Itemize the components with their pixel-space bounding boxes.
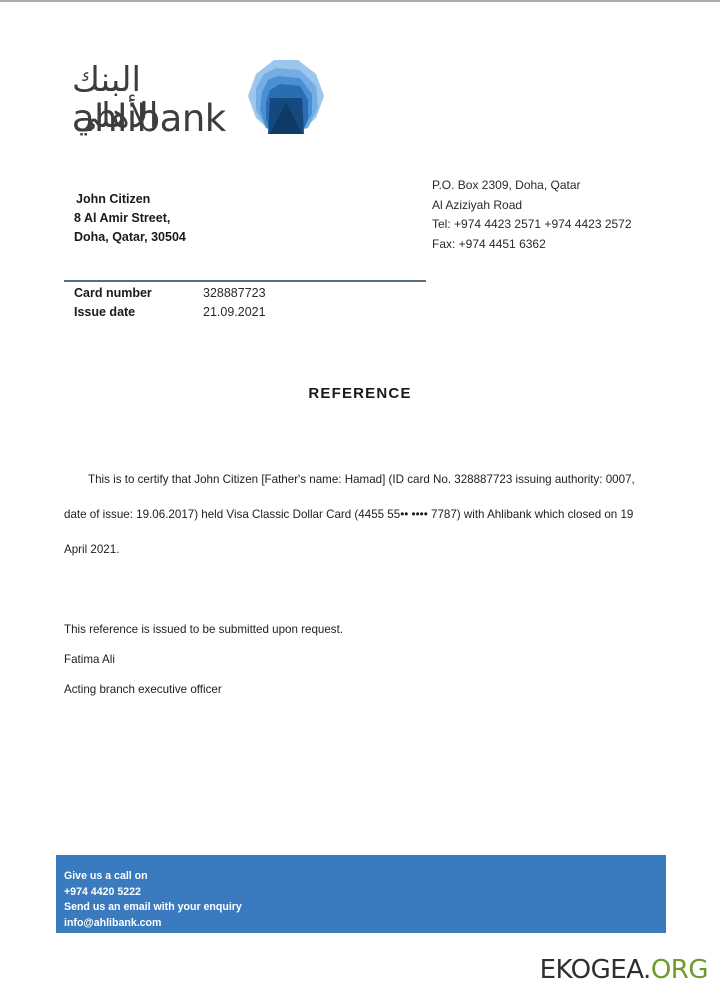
logo-latin-name: ahlibank — [72, 100, 226, 138]
footer-call-label: Give us a call on — [64, 869, 666, 885]
bank-contact-info: P.O. Box 2309, Doha, Qatar Al Aziziyah R… — [432, 176, 632, 254]
section-divider — [64, 280, 426, 282]
recipient-city: Doha, Qatar, 30504 — [74, 228, 186, 247]
footer-email[interactable]: info@ahlibank.com — [64, 916, 666, 932]
watermark-accent: ORG — [651, 955, 708, 985]
body-line: This is to certify that John Citizen [Fa… — [64, 462, 664, 497]
closing-section: This reference is issued to be submitted… — [64, 615, 343, 705]
card-number-label: Card number — [74, 284, 203, 303]
contact-footer: Give us a call on +974 4420 5222 Send us… — [56, 855, 666, 933]
closing-statement: This reference is issued to be submitted… — [64, 615, 343, 645]
recipient-name: John Citizen — [74, 190, 186, 209]
body-line: date of issue: 19.06.2017) held Visa Cla… — [64, 497, 664, 532]
issue-date-value: 21.09.2021 — [203, 303, 266, 322]
signatory-title: Acting branch executive officer — [64, 675, 343, 705]
reference-body: This is to certify that John Citizen [Fa… — [64, 462, 664, 567]
body-line: April 2021. — [64, 532, 664, 567]
bank-logo: البنك الأهلي ahlibank — [72, 62, 332, 142]
card-detail-row: Card number 328887723 — [74, 284, 266, 303]
bank-road: Al Aziziyah Road — [432, 196, 632, 216]
watermark: EKOGEA.ORG — [540, 955, 708, 985]
footer-phone[interactable]: +974 4420 5222 — [64, 885, 666, 901]
card-details-table: Card number 328887723 Issue date 21.09.2… — [74, 284, 266, 322]
bank-tel: Tel: +974 4423 2571 +974 4423 2572 — [432, 215, 632, 235]
watermark-primary: EKOGEA. — [540, 955, 651, 985]
recipient-address: John Citizen 8 Al Amir Street, Doha, Qat… — [74, 190, 186, 247]
card-detail-row: Issue date 21.09.2021 — [74, 303, 266, 322]
card-number-value: 328887723 — [203, 284, 266, 303]
document-title: REFERENCE — [0, 385, 720, 402]
footer-email-label: Send us an email with your enquiry — [64, 900, 666, 916]
top-border — [0, 0, 720, 2]
bank-po-box: P.O. Box 2309, Doha, Qatar — [432, 176, 632, 196]
recipient-street: 8 Al Amir Street, — [74, 209, 186, 228]
issue-date-label: Issue date — [74, 303, 203, 322]
octagon-tower-icon — [246, 58, 326, 138]
bank-fax: Fax: +974 4451 6362 — [432, 235, 632, 255]
signatory-name: Fatima Ali — [64, 645, 343, 675]
